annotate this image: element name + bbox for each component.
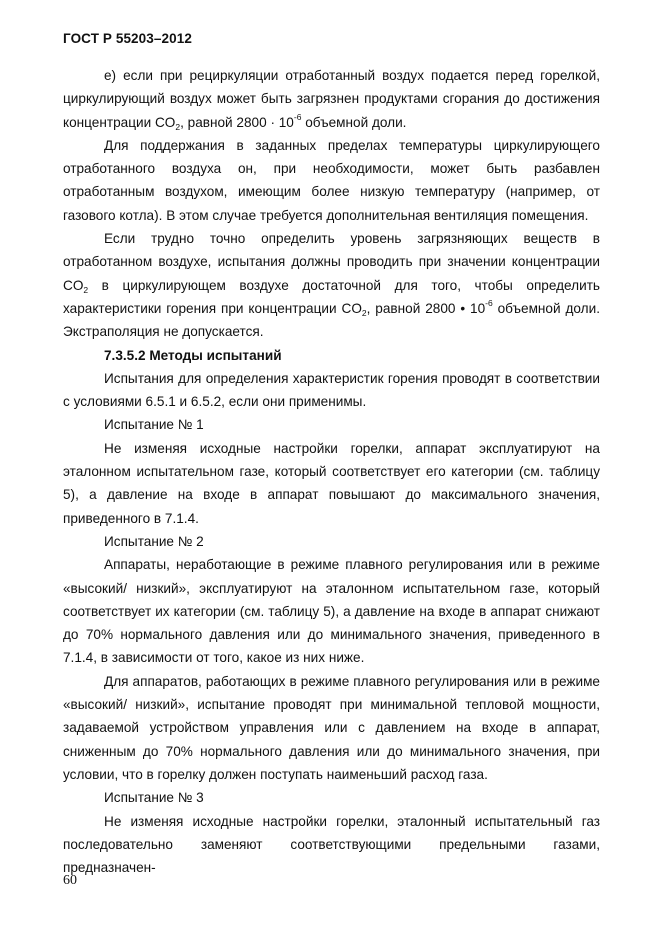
- page-number: 60: [63, 873, 77, 889]
- text-run: объемной доли.: [301, 115, 406, 130]
- document-page: ГОСТ Р 55203–2012 е) если при рециркуляц…: [0, 0, 661, 935]
- test-3-label: Испытание № 3: [63, 786, 600, 809]
- text-run: , равной 2800 • 10: [367, 301, 486, 316]
- document-body: е) если при рециркуляции отработанный во…: [63, 64, 600, 879]
- test-1-label: Испытание № 1: [63, 413, 600, 436]
- paragraph-dilution: Для поддержания в заданных пределах темп…: [63, 134, 600, 227]
- text-run: , равной 2800 · 10: [180, 115, 294, 130]
- paragraph-test-conditions: Испытания для определения характеристик …: [63, 367, 600, 414]
- paragraph-test-3: Не изменяя исходные настройки горелки, э…: [63, 810, 600, 880]
- paragraph-test-2: Аппараты, неработающие в режиме плавного…: [63, 553, 600, 669]
- paragraph-test-2-modulating: Для аппаратов, работающих в режиме плавн…: [63, 670, 600, 786]
- superscript: -6: [485, 298, 493, 308]
- paragraph-recirculation: е) если при рециркуляции отработанный во…: [63, 64, 600, 134]
- paragraph-co2-concentration: Если трудно точно определить уровень заг…: [63, 227, 600, 343]
- section-heading: 7.3.5.2 Методы испытаний: [63, 344, 600, 367]
- document-header: ГОСТ Р 55203–2012: [63, 31, 192, 46]
- test-2-label: Испытание № 2: [63, 530, 600, 553]
- paragraph-test-1: Не изменяя исходные настройки горелки, а…: [63, 437, 600, 530]
